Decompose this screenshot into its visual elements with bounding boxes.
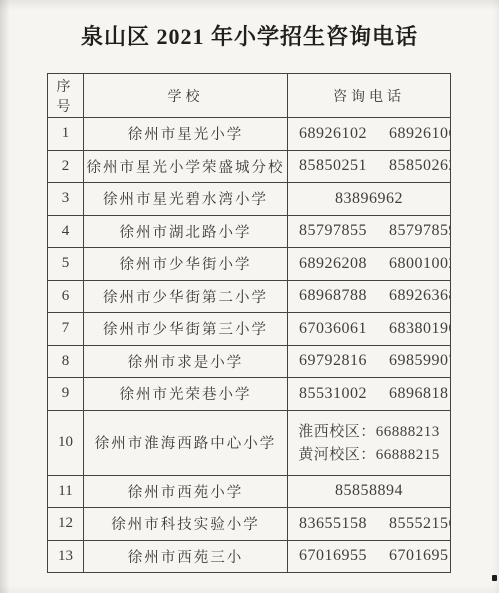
row-phone-cell: 6892620868001002 — [288, 248, 451, 281]
table-row: 9 徐州市光荣巷小学 8553100268968181 — [48, 378, 451, 411]
phone-number: 67036061 — [299, 320, 367, 338]
phone-number: 85552156 — [389, 515, 451, 533]
row-serial-number: 11 — [48, 475, 84, 508]
table-row: 4 徐州市湖北路小学 8579785585797859 — [48, 215, 451, 248]
header-serial-number: 序号 — [48, 74, 84, 118]
row-school-name: 徐州市少华街小学 — [84, 248, 288, 281]
table-row: 3 徐州市星光碧水湾小学 83896962 — [48, 183, 451, 216]
row-serial-number: 10 — [48, 410, 84, 475]
row-school-name: 徐州市科技实验小学 — [84, 508, 288, 541]
row-serial-number: 13 — [48, 540, 84, 573]
row-serial-number: 3 — [48, 183, 84, 216]
table-row: 8 徐州市求是小学 6979281669859907 — [48, 345, 451, 378]
phone-number: 85797855 — [299, 222, 367, 240]
scan-artifact-dot — [492, 575, 497, 581]
row-phone-cell: 6896878868926368 — [288, 280, 451, 313]
row-school-name: 徐州市西苑三小 — [84, 540, 288, 573]
header-row: 序号 学校 咨询电话 — [48, 74, 451, 118]
row-school-name: 徐州市光荣巷小学 — [84, 378, 288, 411]
row-serial-number: 5 — [48, 248, 84, 281]
row-school-name: 徐州市星光小学荣盛城分校 — [84, 150, 288, 183]
header-consultation-phone: 咨询电话 — [288, 74, 451, 118]
table-body: 1 徐州市星光小学 6892610268926106 2 徐州市星光小学荣盛城分… — [48, 118, 451, 573]
row-phone-cell: 6979281669859907 — [288, 345, 451, 378]
row-phone-cell: 6701695567016951 — [288, 540, 451, 573]
row-serial-number: 2 — [48, 150, 84, 183]
phone-number: 85858894 — [335, 482, 403, 500]
table-row: 1 徐州市星光小学 6892610268926106 — [48, 118, 451, 151]
row-phone-cell: 8579785585797859 — [288, 215, 451, 248]
phone-number: 69792816 — [299, 352, 367, 370]
row-phone-cell: 8585025185850262 — [288, 150, 451, 183]
row-phone-cell: 6703606168380190 — [288, 313, 451, 346]
row-phone-cell: 8553100268968181 — [288, 378, 451, 411]
table-row: 12 徐州市科技实验小学 8365515885552156 — [48, 508, 451, 541]
row-school-name: 徐州市西苑小学 — [84, 475, 288, 508]
table-row: 7 徐州市少华街第三小学 6703606168380190 — [48, 313, 451, 346]
row-serial-number: 12 — [48, 508, 84, 541]
header-school: 学校 — [84, 74, 288, 118]
table-row: 10 徐州市淮海西路中心小学 淮西校区：66888213黄河校区：6688821… — [48, 410, 451, 475]
phone-number: 68926106 — [389, 125, 451, 143]
enrollment-phone-table: 序号 学校 咨询电话 1 徐州市星光小学 6892610268926106 2 … — [47, 73, 451, 573]
phone-number: 68380190 — [389, 320, 451, 338]
table-row: 2 徐州市星光小学荣盛城分校 8585025185850262 — [48, 150, 451, 183]
phone-number: 67016951 — [389, 547, 451, 565]
phone-number: 68926208 — [299, 255, 367, 273]
row-phone-cell: 8365515885552156 — [288, 508, 451, 541]
phone-number: 68001002 — [389, 255, 451, 273]
row-serial-number: 7 — [48, 313, 84, 346]
row-school-name: 徐州市淮海西路中心小学 — [84, 410, 288, 475]
row-phone-cell: 淮西校区：66888213黄河校区：66888215 — [288, 410, 451, 475]
page-title: 泉山区 2021 年小学招生咨询电话 — [0, 20, 499, 51]
table-row: 5 徐州市少华街小学 6892620868001002 — [48, 248, 451, 281]
row-school-name: 徐州市星光碧水湾小学 — [84, 183, 288, 216]
row-phone-cell: 6892610268926106 — [288, 118, 451, 151]
row-serial-number: 6 — [48, 280, 84, 313]
table-row: 13 徐州市西苑三小 6701695567016951 — [48, 540, 451, 573]
row-phone-cell: 85858894 — [288, 475, 451, 508]
row-school-name: 徐州市少华街第三小学 — [84, 313, 288, 346]
table-row: 6 徐州市少华街第二小学 6896878868926368 — [48, 280, 451, 313]
row-school-name: 徐州市星光小学 — [84, 118, 288, 151]
phone-number: 85797859 — [389, 222, 451, 240]
phone-number: 83896962 — [335, 190, 403, 208]
phone-number: 85850251 — [299, 157, 367, 175]
phone-number: 68968181 — [389, 385, 451, 403]
row-school-name: 徐州市求是小学 — [84, 345, 288, 378]
phone-number: 67016955 — [299, 547, 367, 565]
row-phone-cell: 83896962 — [288, 183, 451, 216]
phone-number: 淮西校区：66888213 — [288, 420, 450, 441]
phone-number: 85531002 — [299, 385, 367, 403]
phone-number: 黄河校区：66888215 — [288, 443, 450, 464]
phone-number: 68968788 — [299, 287, 367, 305]
row-school-name: 徐州市少华街第二小学 — [84, 280, 288, 313]
phone-number: 83655158 — [299, 515, 367, 533]
phone-number: 68926368 — [389, 287, 451, 305]
row-serial-number: 8 — [48, 345, 84, 378]
row-serial-number: 4 — [48, 215, 84, 248]
phone-number: 69859907 — [389, 352, 451, 370]
phone-number: 85850262 — [389, 157, 451, 175]
row-serial-number: 9 — [48, 378, 84, 411]
row-school-name: 徐州市湖北路小学 — [84, 215, 288, 248]
table-row: 11 徐州市西苑小学 85858894 — [48, 475, 451, 508]
row-serial-number: 1 — [48, 118, 84, 151]
phone-number: 68926102 — [299, 125, 367, 143]
